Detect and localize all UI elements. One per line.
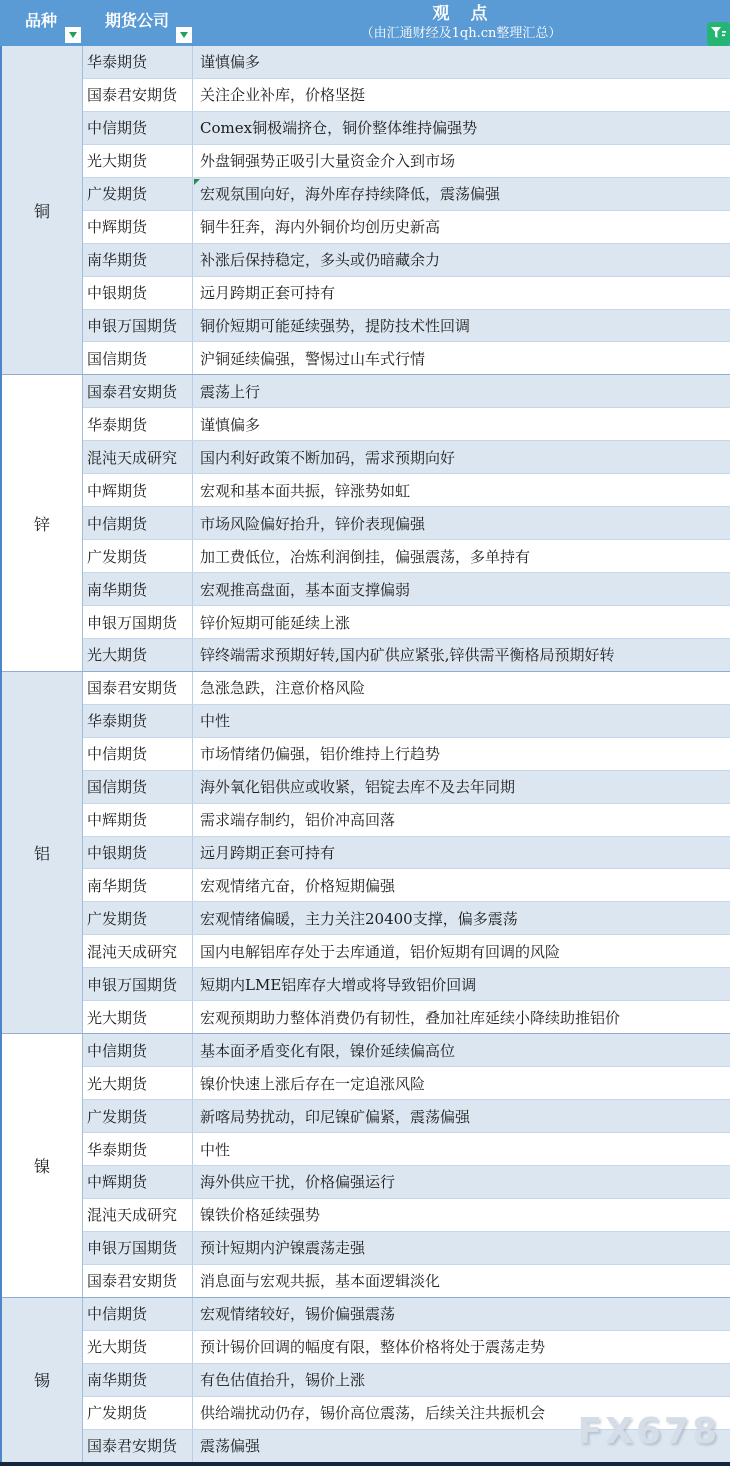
company-cell[interactable]: 申银万国期货 [83,968,193,1000]
viewpoint-cell[interactable]: 预计锡价回调的幅度有限，整体价格将处于震荡走势 [193,1331,730,1363]
viewpoint-text: 消息面与宏观共振，基本面逻辑淡化 [200,1270,440,1291]
company-name: 国泰君安期货 [87,84,177,105]
company-cell[interactable]: 中银期货 [83,277,193,309]
table-row: 申银万国期货铜价短期可能延续强势，提防技术性回调 [83,310,730,343]
company-name: 华泰期货 [87,710,147,731]
table-header: 品种 期货公司 观 点 （由汇通财经及1qh.cn整理汇总） [0,0,730,46]
company-name: 中辉期货 [87,216,147,237]
variety-label: 锌 [34,512,50,535]
table-row: 中辉期货铜牛狂奔，海内外铜价均创历史新高 [83,211,730,244]
table-row: 国泰君安期货关注企业补库，价格坚挺 [83,79,730,112]
variety-cell[interactable]: 镍 [2,1034,83,1297]
viewpoint-cell[interactable]: 震荡偏强 [193,1430,730,1462]
viewpoint-cell[interactable]: 宏观情绪偏暖，主力关注20400支撑，偏多震荡 [193,902,730,934]
filter-dropdown-icon [180,32,188,38]
company-cell[interactable]: 混沌天成研究 [83,441,193,473]
table-row: 中信期货基本面矛盾变化有限，镍价延续偏高位 [83,1034,730,1067]
table-bottom-border [0,1462,730,1466]
table-row: 混沌天成研究镍铁价格延续强势 [83,1199,730,1232]
viewpoint-cell[interactable]: 短期内LME铝库存大增或将导致铝价回调 [193,968,730,1000]
company-cell[interactable]: 华泰期货 [83,1133,193,1165]
viewpoint-text: 锌价短期可能延续上涨 [200,612,350,633]
variety-cell[interactable]: 锌 [2,375,83,671]
table-row: 华泰期货中性 [83,1133,730,1166]
table-row: 广发期货新喀局势扰动，印尼镍矿偏紧，震荡偏强 [83,1100,730,1133]
company-cell[interactable]: 南华期货 [83,244,193,276]
table-row: 南华期货补涨后保持稳定，多头或仍暗藏余力 [83,244,730,277]
company-name: 申银万国期货 [87,612,177,633]
viewpoint-text: 沪铜延续偏强，警惕过山车式行情 [200,348,425,369]
company-cell[interactable]: 中银期货 [83,837,193,869]
viewpoint-text: 宏观情绪偏暖，主力关注20400支撑，偏多震荡 [200,908,518,929]
company-cell[interactable]: 国信期货 [83,342,193,374]
section-rows: 国泰君安期货急涨急跌，注意价格风险华泰期货中性中信期货市场情绪仍偏强，铝价维持上… [83,672,730,1033]
table-row: 光大期货外盘铜强势正吸引大量资金介入到市场 [83,145,730,178]
viewpoint-text: 海外供应干扰，价格偏强运行 [200,1171,395,1192]
viewpoint-cell[interactable]: 外盘铜强势正吸引大量资金介入到市场 [193,145,730,177]
table-row: 光大期货镍价快速上涨后存在一定追涨风险 [83,1067,730,1100]
viewpoint-cell[interactable]: 震荡上行 [193,375,730,407]
company-name: 国泰君安期货 [87,677,177,698]
viewpoint-title: 观 点 [433,4,490,25]
viewpoint-cell[interactable]: 海外氧化铝供应或收紧，铝锭去库不及去年同期 [193,771,730,803]
company-cell[interactable]: 广发期货 [83,178,193,210]
table-row: 广发期货宏观氛围向好，海外库存持续降低，震荡偏强 [83,178,730,211]
viewpoint-text: 预计锡价回调的幅度有限，整体价格将处于震荡走势 [200,1336,545,1357]
company-header-label: 期货公司 [105,8,169,39]
variety-section: 锡中信期货宏观情绪较好，锡价偏强震荡光大期货预计锡价回调的幅度有限，整体价格将处… [2,1298,730,1462]
table-row: 国泰君安期货消息面与宏观共振，基本面逻辑淡化 [83,1265,730,1297]
company-name: 国泰君安期货 [87,1435,177,1456]
viewpoint-cell[interactable]: 铜价短期可能延续强势，提防技术性回调 [193,310,730,342]
viewpoint-cell[interactable]: 关注企业补库，价格坚挺 [193,79,730,111]
variety-section: 镍中信期货基本面矛盾变化有限，镍价延续偏高位光大期货镍价快速上涨后存在一定追涨风… [2,1034,730,1298]
viewpoint-text: Comex铜极端挤仓，铜价整体维持偏强势 [200,117,477,138]
company-name: 南华期货 [87,1369,147,1390]
viewpoint-text: 宏观推高盘面，基本面支撑偏弱 [200,579,410,600]
table-row: 南华期货宏观推高盘面，基本面支撑偏弱 [83,573,730,606]
viewpoint-text: 震荡上行 [200,381,260,402]
viewpoint-cell[interactable]: 消息面与宏观共振，基本面逻辑淡化 [193,1265,730,1297]
company-cell[interactable]: 中辉期货 [83,211,193,243]
company-cell[interactable]: 中辉期货 [83,804,193,836]
viewpoint-text: 新喀局势扰动，印尼镍矿偏紧，震荡偏强 [200,1106,470,1127]
company-name: 光大期货 [87,1336,147,1357]
company-cell[interactable]: 申银万国期货 [83,310,193,342]
viewpoint-cell[interactable]: 预计短期内沪镍震荡走强 [193,1232,730,1264]
table-row: 申银万国期货预计短期内沪镍震荡走强 [83,1232,730,1265]
viewpoint-text: 海外氧化铝供应或收紧，铝锭去库不及去年同期 [200,776,515,797]
viewpoint-text: 中性 [200,1139,230,1160]
viewpoint-cell[interactable]: 远月跨期正套可持有 [193,277,730,309]
table-row: 中信期货宏观情绪较好，锡价偏强震荡 [83,1298,730,1331]
viewpoint-text: 国内利好政策不断加码，需求预期向好 [200,447,455,468]
viewpoint-text: 急涨急跌，注意价格风险 [200,677,365,698]
company-cell[interactable]: 申银万国期货 [83,606,193,638]
viewpoint-text: 铜价短期可能延续强势，提防技术性回调 [200,315,470,336]
viewpoint-text: 震荡偏强 [200,1435,260,1456]
viewpoint-text: 国内电解铝库存处于去库通道，铝价短期有回调的风险 [200,941,560,962]
viewpoint-text: 谨慎偏多 [200,51,260,72]
company-cell[interactable]: 广发期货 [83,902,193,934]
company-name: 混沌天成研究 [87,447,177,468]
company-name: 国泰君安期货 [87,1270,177,1291]
variety-section: 铜华泰期货谨慎偏多国泰君安期货关注企业补库，价格坚挺中信期货Comex铜极端挤仓… [2,46,730,375]
viewpoint-cell[interactable]: 国内利好政策不断加码，需求预期向好 [193,441,730,473]
variety-section: 锌国泰君安期货震荡上行华泰期货谨慎偏多混沌天成研究国内利好政策不断加码，需求预期… [2,375,730,672]
viewpoint-cell[interactable]: 宏观预期助力整体消费仍有韧性，叠加社库延续小降续助推铝价 [193,1001,730,1033]
table-row: 光大期货预计锡价回调的幅度有限，整体价格将处于震荡走势 [83,1331,730,1364]
table-row: 广发期货宏观情绪偏暖，主力关注20400支撑，偏多震荡 [83,902,730,935]
viewpoint-cell[interactable]: 宏观情绪亢奋，价格短期偏强 [193,869,730,901]
company-name: 国信期货 [87,348,147,369]
company-name: 广发期货 [87,546,147,567]
table-row: 国信期货海外氧化铝供应或收紧，铝锭去库不及去年同期 [83,771,730,804]
table-row: 申银万国期货锌价短期可能延续上涨 [83,606,730,639]
company-header-cell[interactable]: 期货公司 [82,0,192,46]
viewpoint-cell[interactable]: 市场风险偏好抬升，锌价表现偏强 [193,507,730,539]
viewpoint-cell[interactable]: 基本面矛盾变化有限，镍价延续偏高位 [193,1034,730,1066]
table-row: 国泰君安期货震荡偏强 [83,1430,730,1462]
company-cell[interactable]: 国信期货 [83,771,193,803]
variety-cell[interactable]: 锡 [2,1298,83,1462]
viewpoint-text: 镍价快速上涨后存在一定追涨风险 [200,1073,425,1094]
viewpoint-text: 基本面矛盾变化有限，镍价延续偏高位 [200,1040,455,1061]
company-cell[interactable]: 申银万国期货 [83,1232,193,1264]
viewpoint-text: 宏观预期助力整体消费仍有韧性，叠加社库延续小降续助推铝价 [200,1007,620,1028]
company-name: 南华期货 [87,249,147,270]
viewpoint-text: 补涨后保持稳定，多头或仍暗藏余力 [200,249,440,270]
viewpoint-cell[interactable]: 市场情绪仍偏强，铝价维持上行趋势 [193,738,730,770]
variety-header-cell[interactable]: 品种 [0,0,82,46]
viewpoint-text: 市场风险偏好抬升，锌价表现偏强 [200,513,425,534]
viewpoint-cell[interactable]: 供给端扰动仍存，锡价高位震荡，后续关注共振机会 [193,1397,730,1429]
viewpoint-text: 远月跨期正套可持有 [200,282,335,303]
company-name: 中信期货 [87,1040,147,1061]
company-cell[interactable]: 南华期货 [83,869,193,901]
viewpoint-header-cell[interactable]: 观 点 （由汇通财经及1qh.cn整理汇总） [192,0,730,46]
variety-label: 铝 [34,841,50,864]
company-cell[interactable]: 华泰期货 [83,46,193,78]
table-row: 华泰期货谨慎偏多 [83,46,730,79]
viewpoint-text: 宏观和基本面共振，锌涨势如虹 [200,480,410,501]
viewpoint-cell[interactable]: Comex铜极端挤仓，铜价整体维持偏强势 [193,112,730,144]
company-name: 南华期货 [87,579,147,600]
company-name: 光大期货 [87,150,147,171]
company-cell[interactable]: 中信期货 [83,507,193,539]
spreadsheet-window: 品种 期货公司 观 点 （由汇通财经及1qh.cn整理汇总） 铜华泰期货谨慎偏多… [0,0,730,1466]
table-row: 国信期货沪铜延续偏强，警惕过山车式行情 [83,342,730,374]
viewpoint-text: 宏观情绪较好，锡价偏强震荡 [200,1303,395,1324]
table-row: 华泰期货中性 [83,705,730,738]
company-name: 光大期货 [87,1073,147,1094]
table-row: 南华期货宏观情绪亢奋，价格短期偏强 [83,869,730,902]
viewpoint-cell[interactable]: 铜牛狂奔，海内外铜价均创历史新高 [193,211,730,243]
viewpoint-cell[interactable]: 镍铁价格延续强势 [193,1199,730,1231]
viewpoint-cell[interactable]: 国内电解铝库存处于去库通道，铝价短期有回调的风险 [193,935,730,967]
company-cell[interactable]: 中信期货 [83,112,193,144]
variety-label: 镍 [34,1154,50,1177]
variety-label: 锡 [34,1368,50,1391]
viewpoint-text: 预计短期内沪镍震荡走强 [200,1237,365,1258]
company-cell[interactable]: 广发期货 [83,1397,193,1429]
company-cell[interactable]: 广发期货 [83,1100,193,1132]
company-cell[interactable]: 华泰期货 [83,705,193,737]
section-rows: 国泰君安期货震荡上行华泰期货谨慎偏多混沌天成研究国内利好政策不断加码，需求预期向… [83,375,730,671]
section-rows: 中信期货宏观情绪较好，锡价偏强震荡光大期货预计锡价回调的幅度有限，整体价格将处于… [83,1298,730,1462]
table-row: 中信期货市场风险偏好抬升，锌价表现偏强 [83,507,730,540]
company-name: 申银万国期货 [87,974,177,995]
company-filter-button[interactable] [176,27,192,43]
viewpoint-text: 需求端存制约，铝价冲高回落 [200,809,395,830]
viewpoint-text: 关注企业补库，价格坚挺 [200,84,365,105]
table-body: 铜华泰期货谨慎偏多国泰君安期货关注企业补库，价格坚挺中信期货Comex铜极端挤仓… [2,46,730,1462]
company-name: 中辉期货 [87,480,147,501]
table-row: 广发期货加工费低位，冶炼利润倒挂，偏强震荡，多单持有 [83,540,730,573]
viewpoint-text: 外盘铜强势正吸引大量资金介入到市场 [200,150,455,171]
viewpoint-cell[interactable]: 有色估值抬升，锡价上涨 [193,1364,730,1396]
company-name: 国信期货 [87,776,147,797]
table-row: 国泰君安期货急涨急跌，注意价格风险 [83,672,730,705]
company-cell[interactable]: 国泰君安期货 [83,79,193,111]
viewpoint-cell[interactable]: 宏观和基本面共振，锌涨势如虹 [193,474,730,506]
company-cell[interactable]: 混沌天成研究 [83,935,193,967]
table-row: 中银期货远月跨期正套可持有 [83,837,730,870]
table-row: 混沌天成研究国内电解铝库存处于去库通道，铝价短期有回调的风险 [83,935,730,968]
viewpoint-cell[interactable]: 锌价短期可能延续上涨 [193,606,730,638]
viewpoint-cell[interactable]: 宏观氛围向好，海外库存持续降低，震荡偏强 [193,178,730,210]
variety-header-label: 品种 [25,8,57,39]
company-name: 中信期货 [87,1303,147,1324]
company-name: 中信期货 [87,117,147,138]
table-row: 华泰期货谨慎偏多 [83,408,730,441]
viewpoint-text: 远月跨期正套可持有 [200,842,335,863]
company-name: 中辉期货 [87,809,147,830]
table-row: 光大期货锌终端需求预期好转,国内矿供应紧张,锌供需平衡格局预期好转 [83,639,730,671]
table-row: 中信期货市场情绪仍偏强，铝价维持上行趋势 [83,738,730,771]
viewpoint-cell[interactable]: 谨慎偏多 [193,408,730,440]
company-cell[interactable]: 广发期货 [83,540,193,572]
company-cell[interactable]: 光大期货 [83,1331,193,1363]
company-cell[interactable]: 混沌天成研究 [83,1199,193,1231]
table-row: 广发期货供给端扰动仍存，锡价高位震荡，后续关注共振机会 [83,1397,730,1430]
viewpoint-cell[interactable]: 中性 [193,1133,730,1165]
company-cell[interactable]: 南华期货 [83,1364,193,1396]
table-row: 混沌天成研究国内利好政策不断加码，需求预期向好 [83,441,730,474]
viewpoint-cell[interactable]: 中性 [193,705,730,737]
company-cell[interactable]: 国泰君安期货 [83,1265,193,1297]
table-row: 中辉期货宏观和基本面共振，锌涨势如虹 [83,474,730,507]
company-name: 国泰君安期货 [87,381,177,402]
company-name: 华泰期货 [87,414,147,435]
viewpoint-text: 供给端扰动仍存，锡价高位震荡，后续关注共振机会 [200,1402,545,1423]
viewpoint-text: 镍铁价格延续强势 [200,1204,320,1225]
company-cell[interactable]: 中辉期货 [83,1166,193,1198]
table-row: 申银万国期货短期内LME铝库存大增或将导致铝价回调 [83,968,730,1001]
viewpoint-cell[interactable]: 锌终端需求预期好转,国内矿供应紧张,锌供需平衡格局预期好转 [193,639,730,671]
company-name: 华泰期货 [87,1139,147,1160]
viewpoint-text: 中性 [200,710,230,731]
variety-label: 铜 [34,199,50,222]
company-cell[interactable]: 光大期货 [83,639,193,671]
viewpoint-cell[interactable]: 宏观推高盘面，基本面支撑偏弱 [193,573,730,605]
viewpoint-text: 加工费低位，冶炼利润倒挂，偏强震荡，多单持有 [200,546,530,567]
viewpoint-text: 市场情绪仍偏强，铝价维持上行趋势 [200,743,440,764]
variety-filter-button[interactable] [65,27,81,43]
table-row: 中辉期货海外供应干扰，价格偏强运行 [83,1166,730,1199]
viewpoint-cell[interactable]: 镍价快速上涨后存在一定追涨风险 [193,1067,730,1099]
company-name: 申银万国期货 [87,1237,177,1258]
company-cell[interactable]: 光大期货 [83,1067,193,1099]
company-name: 中信期货 [87,513,147,534]
company-cell[interactable]: 光大期货 [83,1001,193,1033]
filter-dropdown-icon [69,32,77,38]
viewpoint-cell[interactable]: 补涨后保持稳定，多头或仍暗藏余力 [193,244,730,276]
company-name: 广发期货 [87,183,147,204]
company-cell[interactable]: 光大期货 [83,145,193,177]
viewpoint-cell[interactable]: 谨慎偏多 [193,46,730,78]
table-row: 国泰君安期货震荡上行 [83,375,730,408]
viewpoint-text: 宏观氛围向好，海外库存持续降低，震荡偏强 [200,183,500,204]
section-rows: 华泰期货谨慎偏多国泰君安期货关注企业补库，价格坚挺中信期货Comex铜极端挤仓，… [83,46,730,374]
viewpoint-cell[interactable]: 宏观情绪较好，锡价偏强震荡 [193,1298,730,1330]
company-name: 申银万国期货 [87,315,177,336]
company-cell[interactable]: 华泰期货 [83,408,193,440]
viewpoint-cell[interactable]: 海外供应干扰，价格偏强运行 [193,1166,730,1198]
viewpoint-text: 铜牛狂奔，海内外铜价均创历史新高 [200,216,440,237]
company-cell[interactable]: 国泰君安期货 [83,1430,193,1462]
viewpoint-cell[interactable]: 沪铜延续偏强，警惕过山车式行情 [193,342,730,374]
comment-marker-icon [194,179,200,185]
section-rows: 中信期货基本面矛盾变化有限，镍价延续偏高位光大期货镍价快速上涨后存在一定追涨风险… [83,1034,730,1297]
viewpoint-text: 短期内LME铝库存大增或将导致铝价回调 [200,974,476,995]
table-row: 光大期货宏观预期助力整体消费仍有韧性，叠加社库延续小降续助推铝价 [83,1001,730,1033]
filter-funnel-icon[interactable] [707,22,730,46]
company-name: 混沌天成研究 [87,941,177,962]
variety-section: 铝国泰君安期货急涨急跌，注意价格风险华泰期货中性中信期货市场情绪仍偏强，铝价维持… [2,672,730,1034]
variety-cell[interactable]: 铝 [2,672,83,1033]
company-cell[interactable]: 中信期货 [83,1034,193,1066]
company-name: 中银期货 [87,842,147,863]
company-name: 混沌天成研究 [87,1204,177,1225]
table-row: 中辉期货需求端存制约，铝价冲高回落 [83,804,730,837]
table-row: 南华期货有色估值抬升，锡价上涨 [83,1364,730,1397]
company-name: 南华期货 [87,875,147,896]
viewpoint-cell[interactable]: 需求端存制约，铝价冲高回落 [193,804,730,836]
company-cell[interactable]: 中辉期货 [83,474,193,506]
company-cell[interactable]: 中信期货 [83,1298,193,1330]
viewpoint-text: 谨慎偏多 [200,414,260,435]
company-name: 光大期货 [87,644,147,665]
viewpoint-text: 宏观情绪亢奋，价格短期偏强 [200,875,395,896]
company-name: 华泰期货 [87,51,147,72]
company-name: 中信期货 [87,743,147,764]
company-name: 中银期货 [87,282,147,303]
viewpoint-subtitle: （由汇通财经及1qh.cn整理汇总） [361,26,562,42]
company-cell[interactable]: 南华期货 [83,573,193,605]
company-cell[interactable]: 中信期货 [83,738,193,770]
company-name: 广发期货 [87,1106,147,1127]
viewpoint-cell[interactable]: 急涨急跌，注意价格风险 [193,672,730,704]
company-name: 广发期货 [87,908,147,929]
company-cell[interactable]: 国泰君安期货 [83,375,193,407]
variety-cell[interactable]: 铜 [2,46,83,374]
viewpoint-text: 有色估值抬升，锡价上涨 [200,1369,365,1390]
company-name: 中辉期货 [87,1171,147,1192]
company-cell[interactable]: 国泰君安期货 [83,672,193,704]
table-row: 中信期货Comex铜极端挤仓，铜价整体维持偏强势 [83,112,730,145]
viewpoint-cell[interactable]: 加工费低位，冶炼利润倒挂，偏强震荡，多单持有 [193,540,730,572]
company-name: 光大期货 [87,1007,147,1028]
viewpoint-text: 锌终端需求预期好转,国内矿供应紧张,锌供需平衡格局预期好转 [200,644,615,665]
table-row: 中银期货远月跨期正套可持有 [83,277,730,310]
viewpoint-cell[interactable]: 远月跨期正套可持有 [193,837,730,869]
company-name: 广发期货 [87,1402,147,1423]
viewpoint-cell[interactable]: 新喀局势扰动，印尼镍矿偏紧，震荡偏强 [193,1100,730,1132]
